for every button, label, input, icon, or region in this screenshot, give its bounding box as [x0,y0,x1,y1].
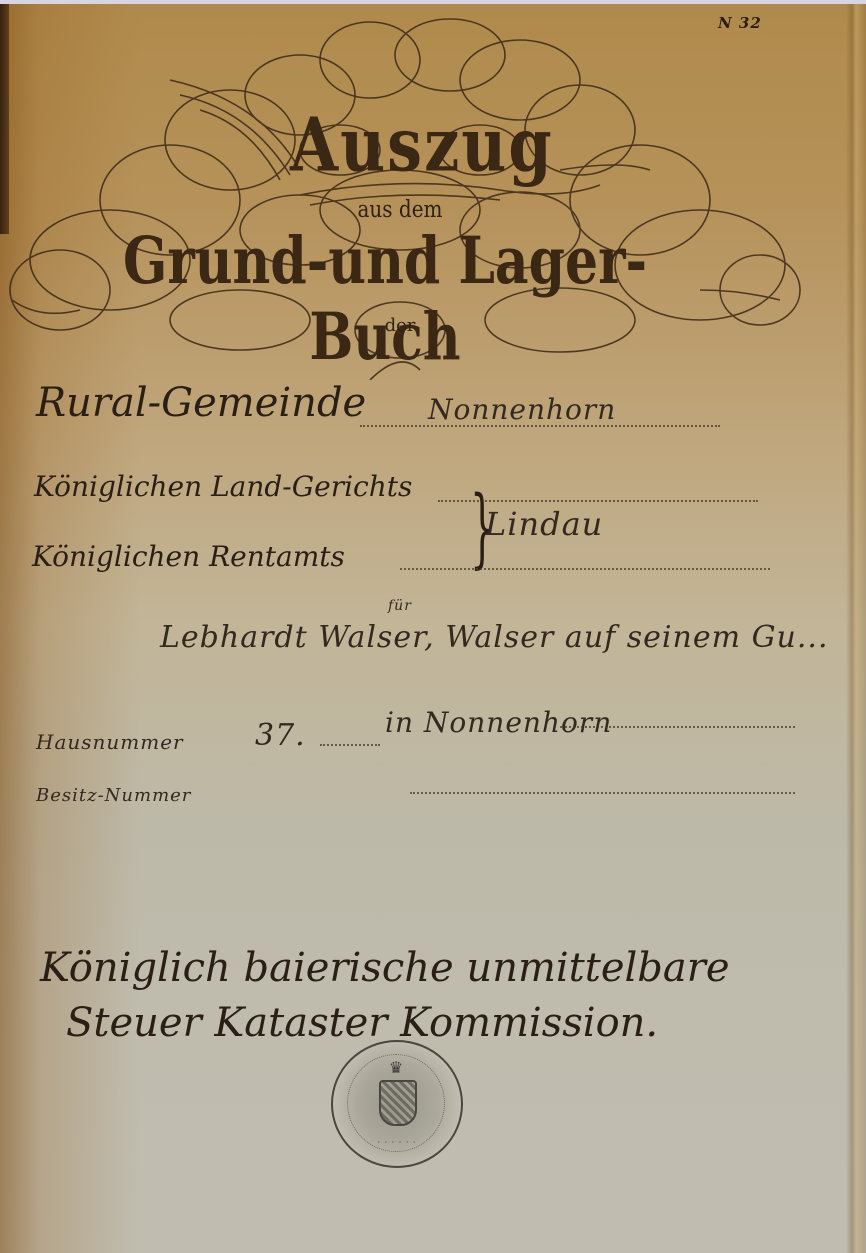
property-number-label: Besitz-Nummer [36,785,191,806]
title-subtitle-aus-dem: aus dem [330,195,470,223]
house-location-value: in Nonnenhorn [385,706,612,739]
authority-line-2: Steuer Kataster Kommission. [66,1000,658,1046]
book-spine-shadow [0,4,9,234]
municipality-label: Rural-Gemeinde [36,380,366,426]
rent-office-dotted-line [400,568,770,570]
page-right-edge [846,4,866,1253]
municipality-dotted-line [360,425,720,427]
house-number-dotted-line-b [560,726,795,728]
authority-line-1: Königlich baierische unmittelbare [40,945,730,991]
crown-icon: ♛ [379,1060,413,1076]
title-subtitle-der: der [365,315,435,336]
municipality-value: Nonnenhorn [428,393,616,426]
owner-entry-superscript: für [388,598,412,614]
property-number-dotted-line [410,792,795,794]
house-number-label: Hausnummer [36,730,184,754]
official-seal-stamp: ♛ · · · · · · [331,1040,463,1168]
house-number-dotted-line-a [320,744,380,746]
title-grund-und-lager-buch: Grund-und Lager-Buch [80,223,690,376]
title-auszug: Auszug [290,101,550,189]
owner-entry: Lebhardt Walser, Walser auf seinem Gu... [160,620,828,655]
coat-of-arms-icon [379,1080,417,1126]
folio-number: N 32 [718,14,762,32]
rent-office-label: Königlichen Rentamts [32,540,345,573]
court-and-office-value: Lindau [485,505,603,543]
house-number-value: 37. [255,718,306,753]
stamp-inscription: · · · · · · [333,1138,461,1147]
court-label: Königlichen Land-Gerichts [34,470,412,503]
